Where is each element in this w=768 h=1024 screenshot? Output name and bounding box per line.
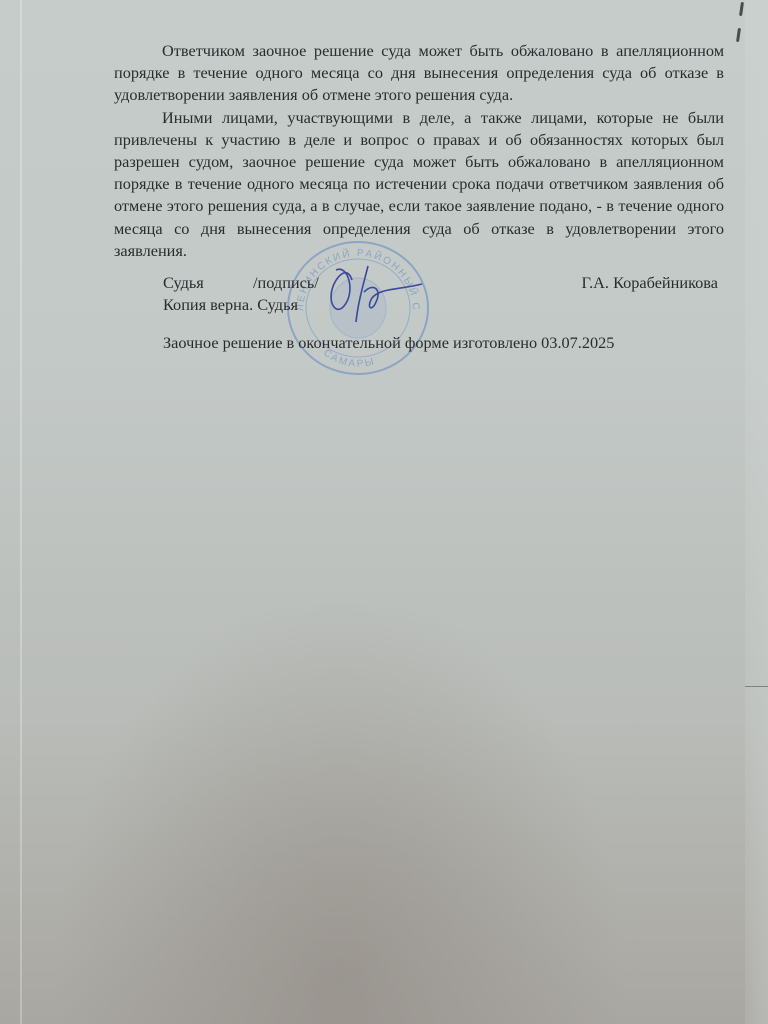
judge-label: Судья [163,272,204,294]
signature-block: Судья /подпись/ Г.А. Корабейникова Копия… [163,272,718,316]
judge-name: Г.А. Корабейникова [582,272,718,294]
judge-signature-row: Судья /подпись/ Г.А. Корабейникова [163,272,718,294]
document-body: Ответчиком заочное решение суда может бы… [114,40,724,262]
paragraph-defendant-appeal: Ответчиком заочное решение суда может бы… [114,40,724,107]
copy-certified-row: Копия верна. Судья [163,294,718,316]
next-page-edge [745,0,768,1024]
copy-certified-label: Копия верна. Судья [163,295,298,314]
edge-mark-top [739,2,744,16]
page-left-edge [20,0,22,1024]
final-form-note: Заочное решение в окончательной форме из… [163,332,614,354]
edge-mark-second [736,28,741,42]
signature-placeholder: /подпись/ [253,272,319,294]
page-fold-line [745,686,768,687]
